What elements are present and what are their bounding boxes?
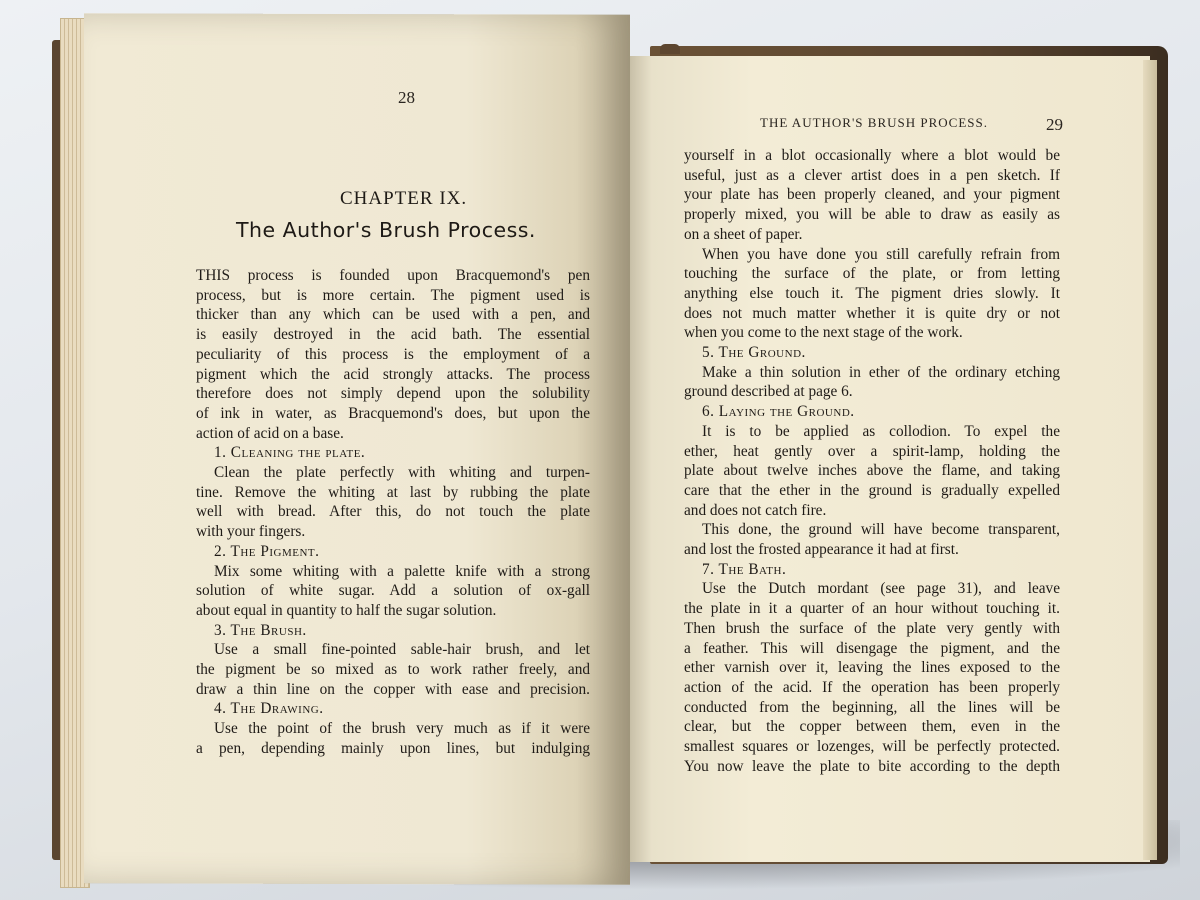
text-line: solution of white sugar. Add a solution … bbox=[196, 581, 590, 601]
text-line: It is to be applied as collodion. To exp… bbox=[684, 422, 1060, 442]
text-line: Use a small fine-pointed sable-hair brus… bbox=[196, 640, 590, 660]
section-heading: 6. Laying the Ground. bbox=[684, 402, 1060, 422]
text-line: plate about twelve inches above the flam… bbox=[684, 461, 1060, 481]
text-line: does not much matter whether it is quite… bbox=[684, 304, 1060, 324]
section-heading: 3. The Brush. bbox=[196, 621, 590, 641]
text-line: ether varnish over it, leaving the lines… bbox=[684, 658, 1060, 678]
chapter-heading: CHAPTER IX. bbox=[340, 188, 467, 210]
text-line: smallest squares or lozenges, will be pe… bbox=[684, 737, 1060, 757]
text-line: Use the point of the brush very much as … bbox=[196, 719, 590, 739]
text-line: useful, just as a clever artist does in … bbox=[684, 166, 1060, 186]
text-line: the pigment be so mixed as to work rathe… bbox=[196, 660, 590, 680]
text-line: Then brush the surface of the plate very… bbox=[684, 619, 1060, 639]
text-line: well with bread. After this, do not touc… bbox=[196, 502, 590, 522]
running-head: THE AUTHOR'S BRUSH PROCESS. bbox=[760, 115, 988, 131]
section-heading: 4. The Drawing. bbox=[196, 699, 590, 719]
text-line: action of the acid. If the operation has… bbox=[684, 678, 1060, 698]
text-line: pigment which the acid strongly attacks.… bbox=[196, 365, 590, 385]
text-line: action of acid on a base. bbox=[196, 424, 590, 444]
text-line: Make a thin solution in ether of the ord… bbox=[684, 363, 1060, 383]
page-stack-right bbox=[1143, 60, 1157, 860]
page-number-right: 29 bbox=[1046, 115, 1063, 135]
left-page-text: THIS process is founded upon Bracquemond… bbox=[196, 266, 590, 759]
text-line: about equal in quantity to half the suga… bbox=[196, 601, 590, 621]
text-line: THIS process is founded upon Bracquemond… bbox=[196, 266, 590, 286]
text-line: a pen, depending mainly upon lines, but … bbox=[196, 739, 590, 759]
text-line: thicker than any which can be used with … bbox=[196, 305, 590, 325]
section-heading: 2. The Pigment. bbox=[196, 542, 590, 562]
right-page-text: yourself in a blot occasionally where a … bbox=[684, 146, 1060, 777]
text-line: yourself in a blot occasionally where a … bbox=[684, 146, 1060, 166]
text-line: therefore does not simply depend upon th… bbox=[196, 384, 590, 404]
text-line: peculiarity of this process is the emplo… bbox=[196, 345, 590, 365]
text-line: tine. Remove the whiting at last by rubb… bbox=[196, 483, 590, 503]
text-line: process, but is more certain. The pigmen… bbox=[196, 286, 590, 306]
text-line: Mix some whiting with a palette knife wi… bbox=[196, 562, 590, 582]
page-number-left: 28 bbox=[398, 88, 415, 108]
section-heading: 7. The Bath. bbox=[684, 560, 1060, 580]
text-line: ether, heat gently over a spirit-lamp, h… bbox=[684, 442, 1060, 462]
text-line: care that the ether in the ground is gra… bbox=[684, 481, 1060, 501]
text-line: is easily destroyed in the acid bath. Th… bbox=[196, 325, 590, 345]
text-line: of ink in water, as Bracquemond's does, … bbox=[196, 404, 590, 424]
text-line: when you come to the next stage of the w… bbox=[684, 323, 1060, 343]
text-line: touching the surface of the plate, or fr… bbox=[684, 264, 1060, 284]
text-line: conducted from the beginning, all the li… bbox=[684, 698, 1060, 718]
section-heading: 1. Cleaning the plate. bbox=[196, 443, 590, 463]
text-line: Use the Dutch mordant (see page 31), and… bbox=[684, 579, 1060, 599]
text-line: on a sheet of paper. bbox=[684, 225, 1060, 245]
section-heading: 5. The Ground. bbox=[684, 343, 1060, 363]
text-line: the plate in it a quarter of an hour wit… bbox=[684, 599, 1060, 619]
text-line: This done, the ground will have become t… bbox=[684, 520, 1060, 540]
text-line: and does not catch fire. bbox=[684, 501, 1060, 521]
text-line: clear, but the copper between them, even… bbox=[684, 717, 1060, 737]
bookmark-ribbon-tab bbox=[660, 44, 680, 54]
text-line: draw a thin line on the copper with ease… bbox=[196, 680, 590, 700]
text-line: and lost the frosted appearance it had a… bbox=[684, 540, 1060, 560]
text-line: a feather. This will disengage the pigme… bbox=[684, 639, 1060, 659]
text-line: properly mixed, you will be able to draw… bbox=[684, 205, 1060, 225]
text-line: your plate has been properly cleaned, an… bbox=[684, 185, 1060, 205]
text-line: ground described at page 6. bbox=[684, 382, 1060, 402]
text-line: anything else touch it. The pigment drie… bbox=[684, 284, 1060, 304]
text-line: Clean the plate perfectly with whiting a… bbox=[196, 463, 590, 483]
text-line: When you have done you still carefully r… bbox=[684, 245, 1060, 265]
text-line: You now leave the plate to bite accordin… bbox=[684, 757, 1060, 777]
chapter-title: The Author's Brush Process. bbox=[236, 218, 536, 242]
text-line: with your fingers. bbox=[196, 522, 590, 542]
